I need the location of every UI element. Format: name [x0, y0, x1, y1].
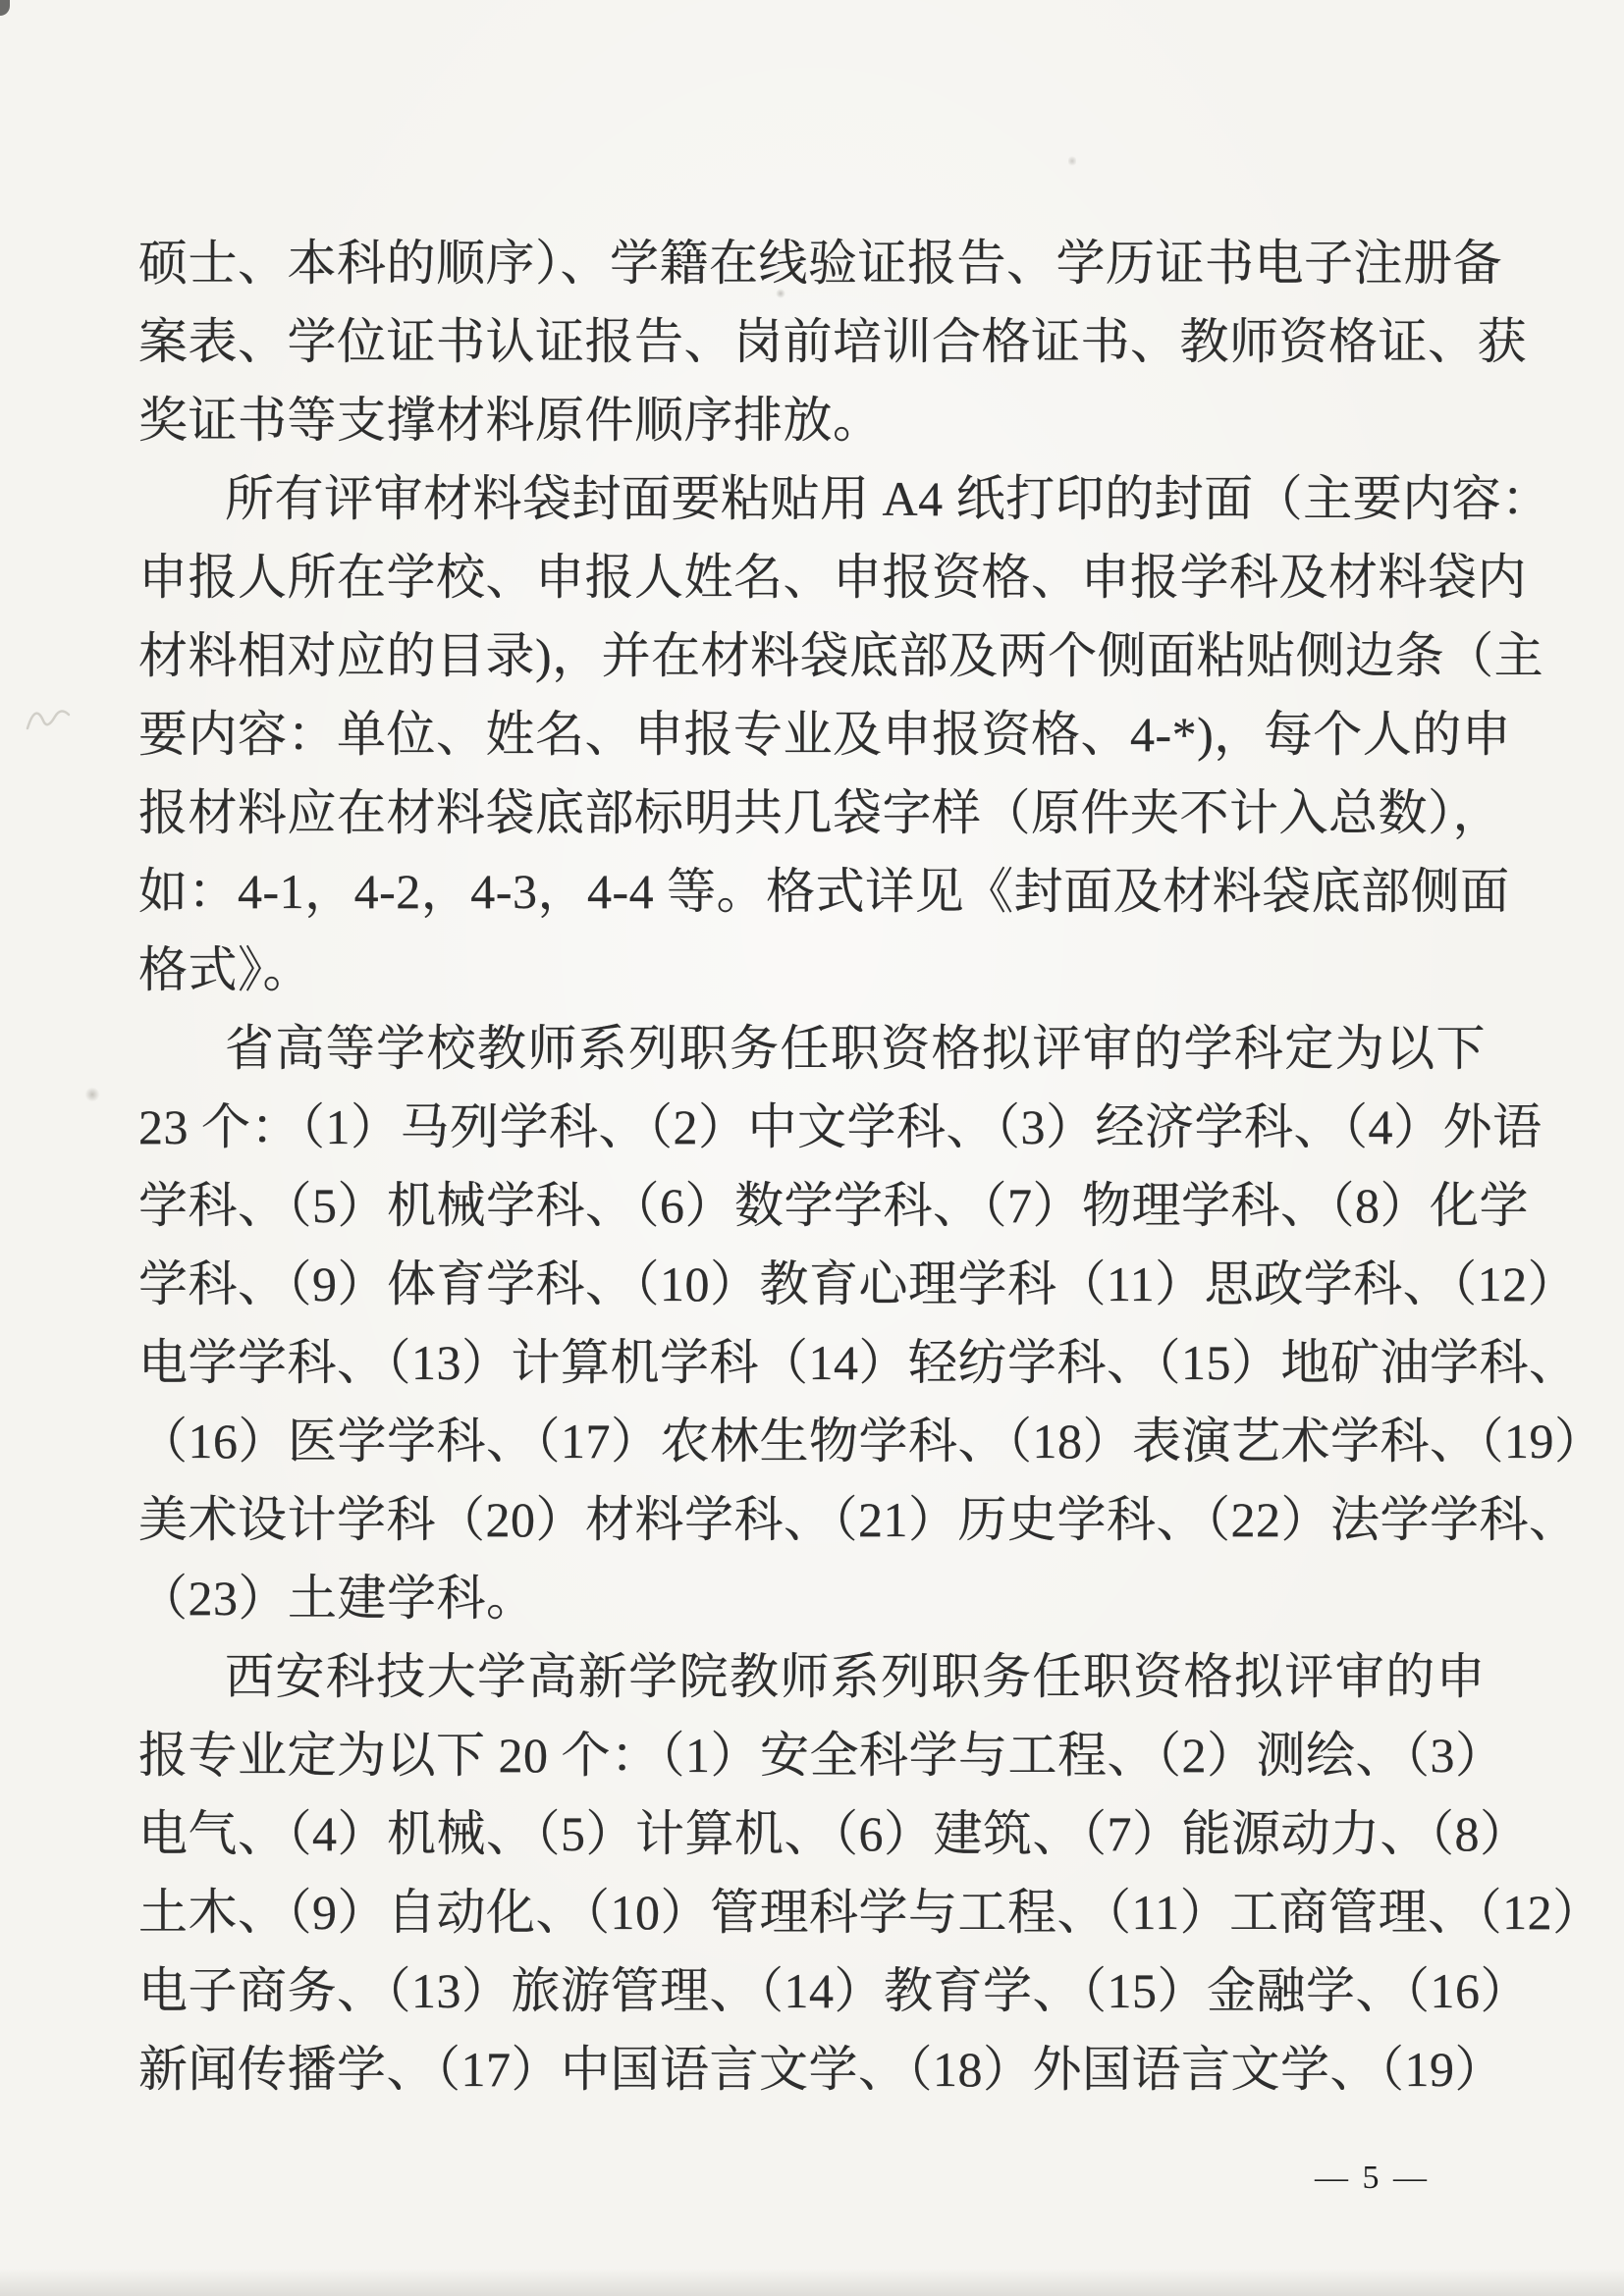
text-line: 报材料应在材料袋底部标明共几袋字样（原件夹不计入总数），: [138, 774, 1486, 852]
text-line: 要内容：单位、姓名、申报专业及申报资格、4-*)，每个人的申: [138, 695, 1486, 774]
paragraph-3: 省高等学校教师系列职务任职资格拟评审的学科定为以下 23 个：（1）马列学科、（…: [138, 1009, 1486, 1637]
paragraph-4: 西安科技大学高新学院教师系列职务任职资格拟评审的申 报专业定为以下 20 个：（…: [138, 1637, 1486, 2109]
scan-artifact-squiggle: [22, 685, 90, 754]
text-line: 奖证书等支撑材料原件顺序排放。: [138, 381, 1486, 459]
page-number: — 5 —: [1315, 2160, 1430, 2197]
text-line: 所有评审材料袋封面要粘贴用 A4 纸打印的封面（主要内容：: [138, 459, 1486, 538]
text-line: 学科、（9）体育学科、（10）教育心理学科（11）思政学科、（12）: [138, 1245, 1486, 1323]
text-line: 电学学科、（13）计算机学科（14）轻纺学科、（15）地矿油学科、: [138, 1323, 1486, 1402]
text-line: 电子商务、（13）旅游管理、（14）教育学、（15）金融学、（16）: [138, 1951, 1486, 2030]
text-line: 省高等学校教师系列职务任职资格拟评审的学科定为以下: [138, 1009, 1486, 1088]
paragraph-2: 所有评审材料袋封面要粘贴用 A4 纸打印的封面（主要内容： 申报人所在学校、申报…: [138, 459, 1486, 1009]
text-line: 土木、（9）自动化、（10）管理科学与工程、（11）工商管理、（12）: [138, 1873, 1486, 1951]
text-line: 西安科技大学高新学院教师系列职务任职资格拟评审的申: [138, 1637, 1486, 1716]
text-line: （23）土建学科。: [138, 1559, 1486, 1637]
scan-smudge-icon: [1068, 155, 1076, 167]
paragraph-1: 硕士、本科的顺序）、学籍在线验证报告、学历证书电子注册备 案表、学位证书认证报告…: [138, 224, 1486, 459]
text-line: 23 个：（1）马列学科、（2）中文学科、（3）经济学科、（4）外语: [138, 1088, 1486, 1166]
document-body: 硕士、本科的顺序）、学籍在线验证报告、学历证书电子注册备 案表、学位证书认证报告…: [138, 224, 1486, 2109]
text-line: 学科、（5）机械学科、（6）数学学科、（7）物理学科、（8）化学: [138, 1166, 1486, 1245]
text-line: （16）医学学科、（17）农林生物学科、（18）表演艺术学科、（19）: [138, 1402, 1486, 1480]
text-line: 报专业定为以下 20 个：（1）安全科学与工程、（2）测绘、（3）: [138, 1716, 1486, 1794]
text-line: 美术设计学科（20）材料学科、（21）历史学科、（22）法学学科、: [138, 1480, 1486, 1559]
text-line: 案表、学位证书认证报告、岗前培训合格证书、教师资格证、获: [138, 302, 1486, 381]
scan-corner-speck: [0, 0, 10, 16]
text-line: 新闻传播学、（17）中国语言文学、（18）外国语言文学、（19）: [138, 2030, 1486, 2109]
text-line: 申报人所在学校、申报人姓名、申报资格、申报学科及材料袋内: [138, 538, 1486, 616]
text-line: 硕士、本科的顺序）、学籍在线验证报告、学历证书电子注册备: [138, 224, 1486, 302]
text-line: 电气、（4）机械、（5）计算机、（6）建筑、（7）能源动力、（8）: [138, 1794, 1486, 1873]
document-page: 硕士、本科的顺序）、学籍在线验证报告、学历证书电子注册备 案表、学位证书认证报告…: [0, 0, 1624, 2296]
scan-smudge-icon: [84, 1088, 100, 1101]
text-line: 材料相对应的目录)，并在材料袋底部及两个侧面粘贴侧边条（主: [138, 616, 1486, 695]
text-line: 如：4-1，4-2，4-3，4-4 等。格式详见《封面及材料袋底部侧面: [138, 852, 1486, 931]
text-line: 格式》。: [138, 931, 1486, 1009]
